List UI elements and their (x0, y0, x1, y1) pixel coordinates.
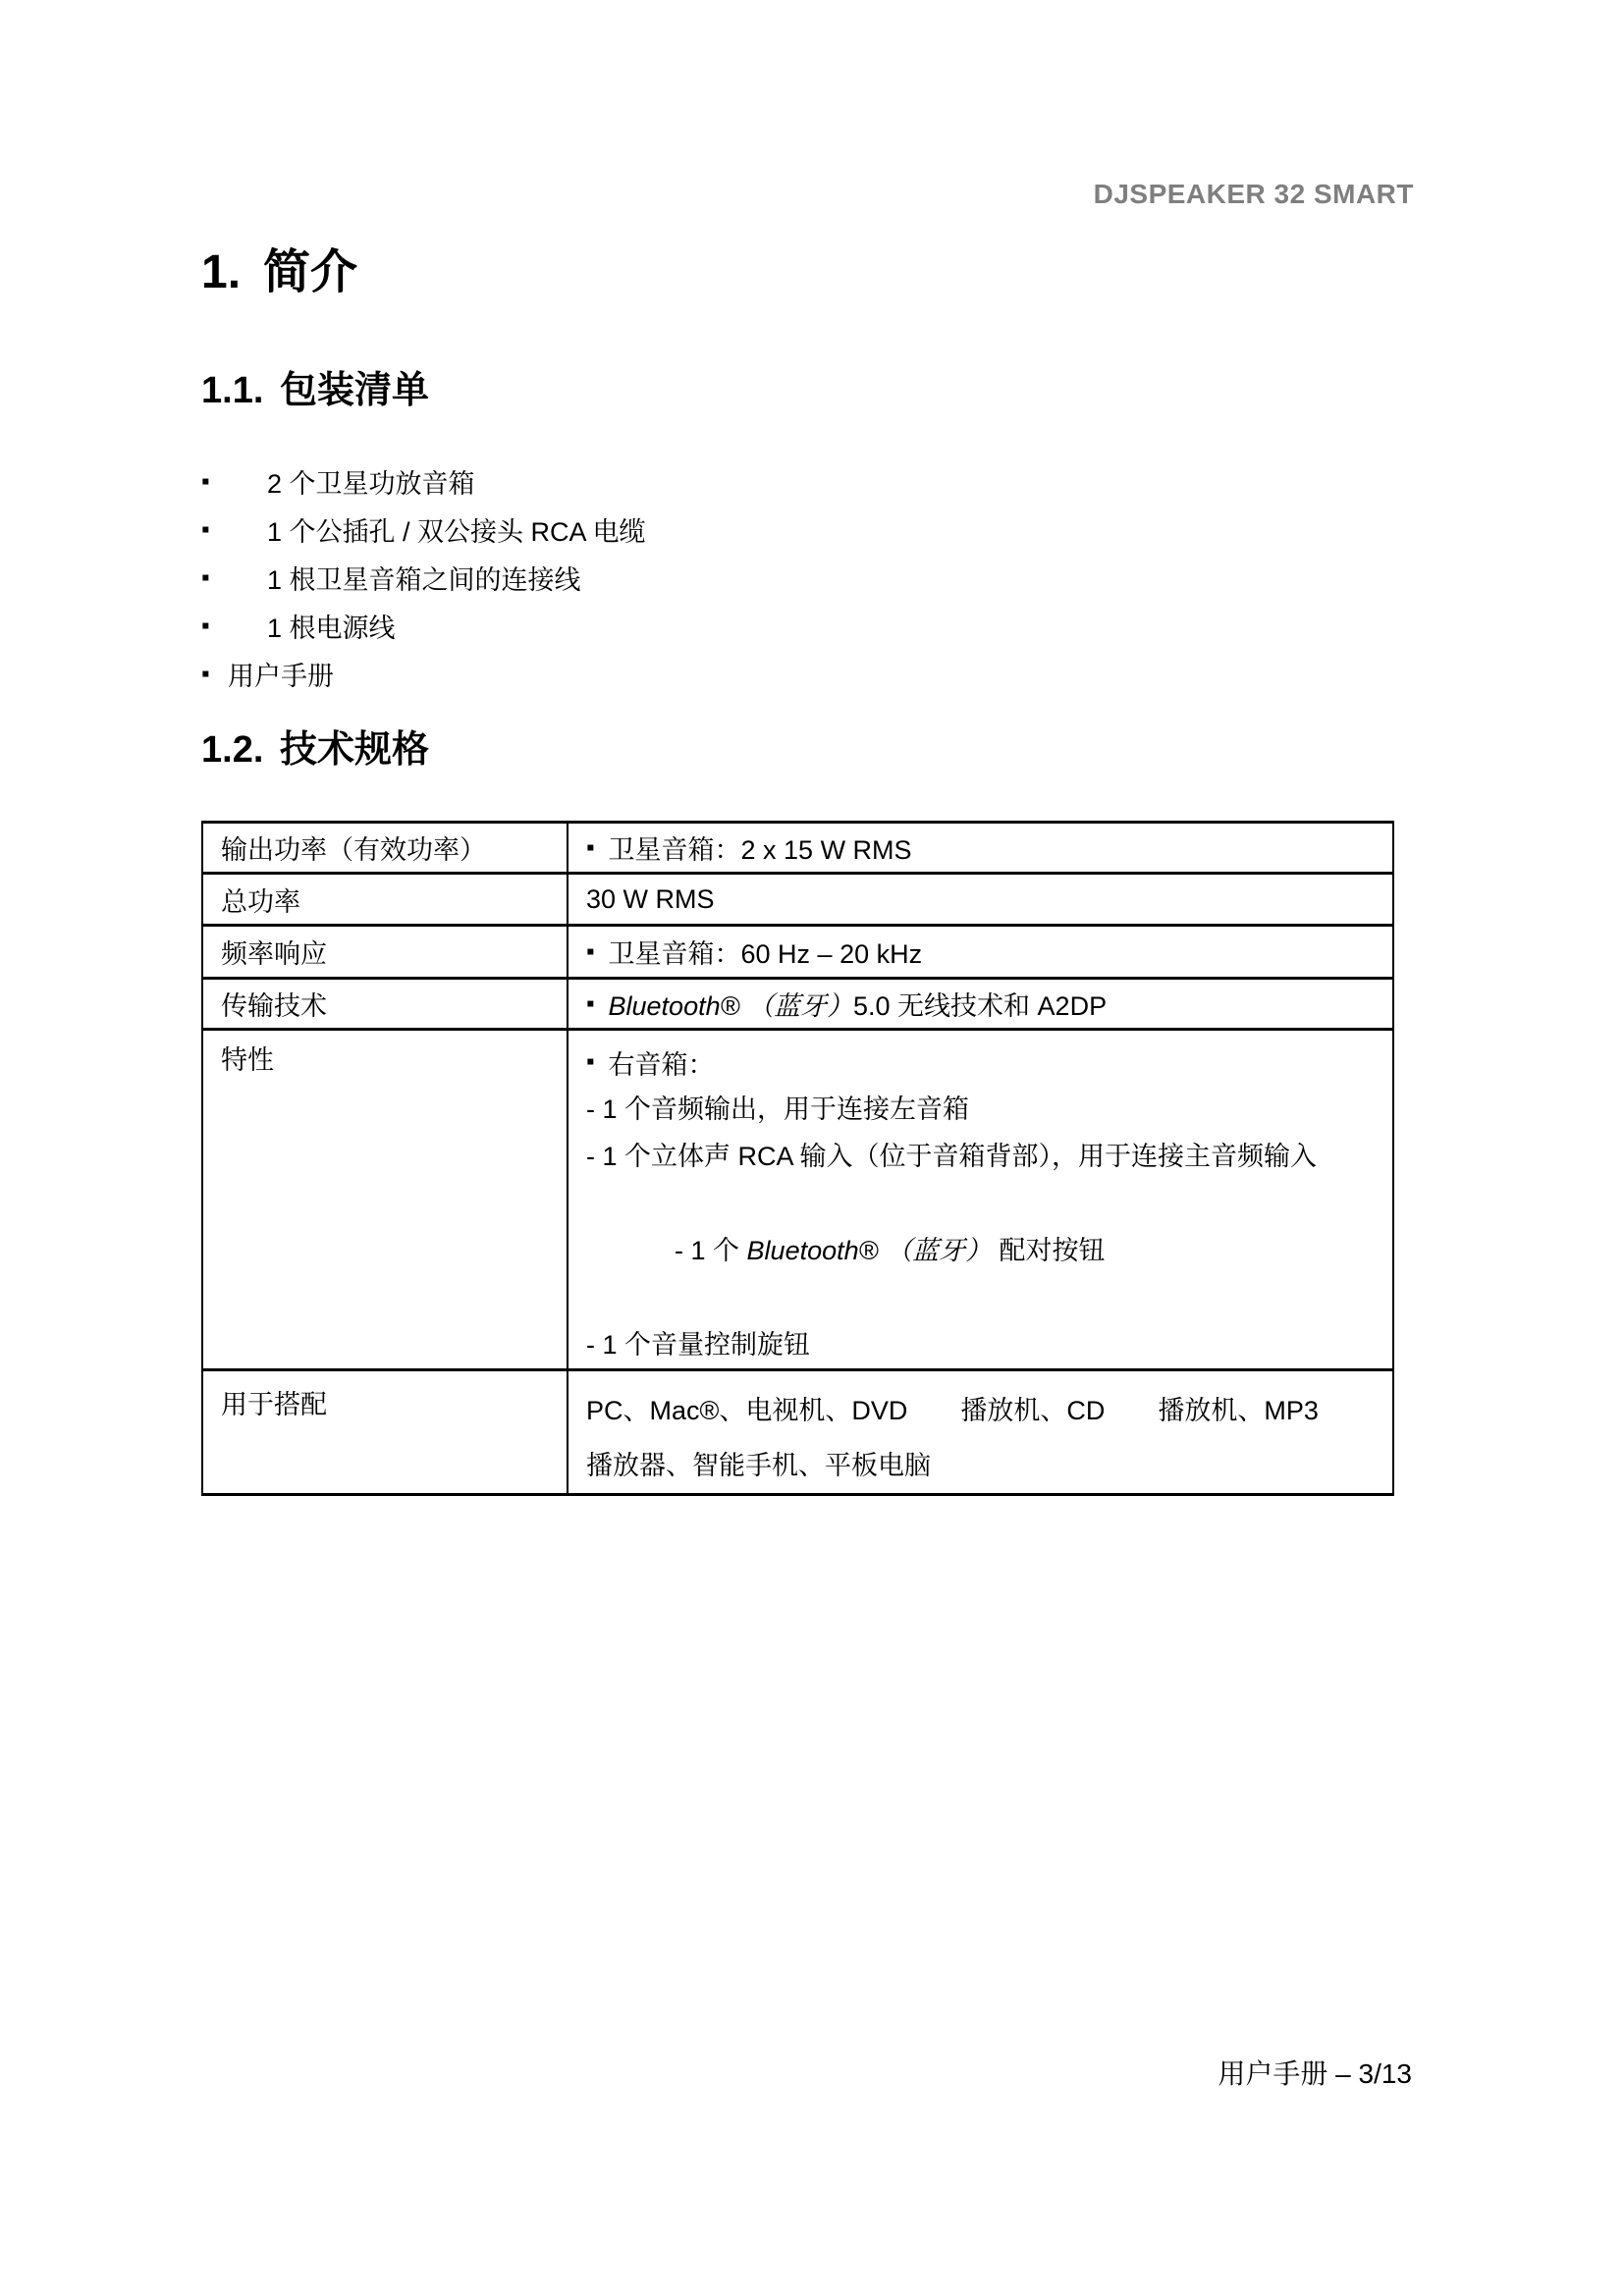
features-line: - 1 个音量控制旋钮 (586, 1321, 1382, 1368)
row-label: 特性 (202, 1030, 568, 1370)
square-bullet-icon: ▪ (201, 614, 215, 638)
table-row-total-power: 总功率 30 W RMS (202, 874, 1393, 926)
page-footer: 用户手册 – 3/13 (1218, 2053, 1412, 2092)
bluetooth-italic-text: Bluetooth® （蓝牙） (747, 1236, 993, 1265)
list-item: ▪ 1 个公插孔 / 双公接头 RCA 电缆 (201, 506, 646, 554)
row-value-rest: 5.0 无线技术和 A2DP (853, 991, 1107, 1021)
row-value: ▪ 右音箱： - 1 个音频输出，用于连接左音箱 - 1 个立体声 RCA 输入… (568, 1030, 1393, 1370)
list-item-text: 1 根电源线 (267, 607, 396, 645)
list-item-text: 1 根卫星音箱之间的连接线 (267, 559, 581, 597)
row-value: 30 W RMS (568, 874, 1393, 926)
row-value: ▪ 卫星音箱：60 Hz – 20 kHz (568, 926, 1393, 979)
row-value-text: Bluetooth® （蓝牙）5.0 无线技术和 A2DP (609, 985, 1108, 1023)
section-heading-packing: 1.1. 包装清单 (201, 371, 429, 412)
list-item-text: 1 个公插孔 / 双公接头 RCA 电缆 (267, 510, 646, 549)
square-bullet-icon: ▪ (201, 566, 215, 590)
list-item: ▪ 用户手册 (201, 650, 646, 698)
square-bullet-icon: ▪ (586, 1050, 595, 1074)
spec-table: 输出功率（有效功率） ▪ 卫星音箱：2 x 15 W RMS 总功率 30 W … (201, 821, 1394, 1496)
running-header: DJSPEAKER 32 SMART (1094, 179, 1414, 210)
square-bullet-icon: ▪ (586, 940, 595, 964)
heading-number: 1.2. (201, 730, 280, 772)
row-value-text: 卫星音箱：2 x 15 W RMS (609, 828, 912, 867)
features-line: - 1 个 Bluetooth® （蓝牙） 配对按钮 (586, 1180, 1382, 1321)
row-value-text: 30 W RMS (586, 884, 715, 915)
packing-list: ▪ 2 个卫星功放音箱 ▪ 1 个公插孔 / 双公接头 RCA 电缆 ▪ 1 根… (201, 457, 646, 698)
square-bullet-icon: ▪ (586, 992, 595, 1016)
features-line: - 1 个音频输出，用于连接左音箱 (586, 1086, 1382, 1133)
list-item-text: 用户手册 (228, 655, 334, 693)
bluetooth-italic-text: Bluetooth® （蓝牙） (609, 991, 854, 1021)
heading-title: 简介 (263, 247, 357, 299)
list-item-text: 2 个卫星功放音箱 (267, 462, 475, 501)
section-heading-intro: 1. 简介 (201, 247, 357, 299)
row-label: 总功率 (202, 874, 568, 926)
row-value-text: 卫星音箱：60 Hz – 20 kHz (609, 933, 923, 971)
section-heading-specs: 1.2. 技术规格 (201, 730, 429, 772)
table-row-frequency-response: 频率响应 ▪ 卫星音箱：60 Hz – 20 kHz (202, 926, 1393, 979)
heading-title: 技术规格 (280, 730, 429, 772)
list-item: ▪ 1 根卫星音箱之间的连接线 (201, 554, 646, 602)
list-item: ▪ 2 个卫星功放音箱 (201, 457, 646, 506)
list-item: ▪ 1 根电源线 (201, 602, 646, 650)
heading-number: 1. (201, 247, 263, 299)
row-value: PC、Mac®、电视机、DVD 播放机、CD 播放机、MP3 播放器、智能手机、… (568, 1370, 1393, 1495)
features-heading-line: ▪ 右音箱： (586, 1039, 1382, 1086)
features-line-pre: - 1 个 (675, 1236, 747, 1265)
square-bullet-icon: ▪ (201, 663, 215, 686)
square-bullet-icon: ▪ (201, 470, 215, 494)
document-page: DJSPEAKER 32 SMART 1. 简介 1.1. 包装清单 ▪ 2 个… (0, 0, 1624, 2296)
table-row-transmission: 传输技术 ▪ Bluetooth® （蓝牙）5.0 无线技术和 A2DP (202, 979, 1393, 1030)
features-line: - 1 个立体声 RCA 输入（位于音箱背部），用于连接主音频输入 (586, 1133, 1382, 1180)
row-value: ▪ 卫星音箱：2 x 15 W RMS (568, 823, 1393, 874)
compatible-line: 播放器、智能手机、平板电脑 (586, 1438, 1382, 1493)
row-label: 用于搭配 (202, 1370, 568, 1495)
features-line-post: 配对按钮 (992, 1236, 1106, 1265)
heading-title: 包装清单 (280, 371, 429, 412)
table-row-features: 特性 ▪ 右音箱： - 1 个音频输出，用于连接左音箱 - 1 个立体声 RCA… (202, 1030, 1393, 1370)
row-value: ▪ Bluetooth® （蓝牙）5.0 无线技术和 A2DP (568, 979, 1393, 1030)
features-heading: 右音箱： (609, 1043, 715, 1082)
row-label: 输出功率（有效功率） (202, 823, 568, 874)
row-label: 频率响应 (202, 926, 568, 979)
table-row-output-power: 输出功率（有效功率） ▪ 卫星音箱：2 x 15 W RMS (202, 823, 1393, 874)
row-label: 传输技术 (202, 979, 568, 1030)
heading-number: 1.1. (201, 371, 280, 412)
compatible-line: PC、Mac®、电视机、DVD 播放机、CD 播放机、MP3 (586, 1383, 1382, 1438)
square-bullet-icon: ▪ (586, 836, 595, 860)
square-bullet-icon: ▪ (201, 518, 215, 542)
table-row-compatible: 用于搭配 PC、Mac®、电视机、DVD 播放机、CD 播放机、MP3 播放器、… (202, 1370, 1393, 1495)
